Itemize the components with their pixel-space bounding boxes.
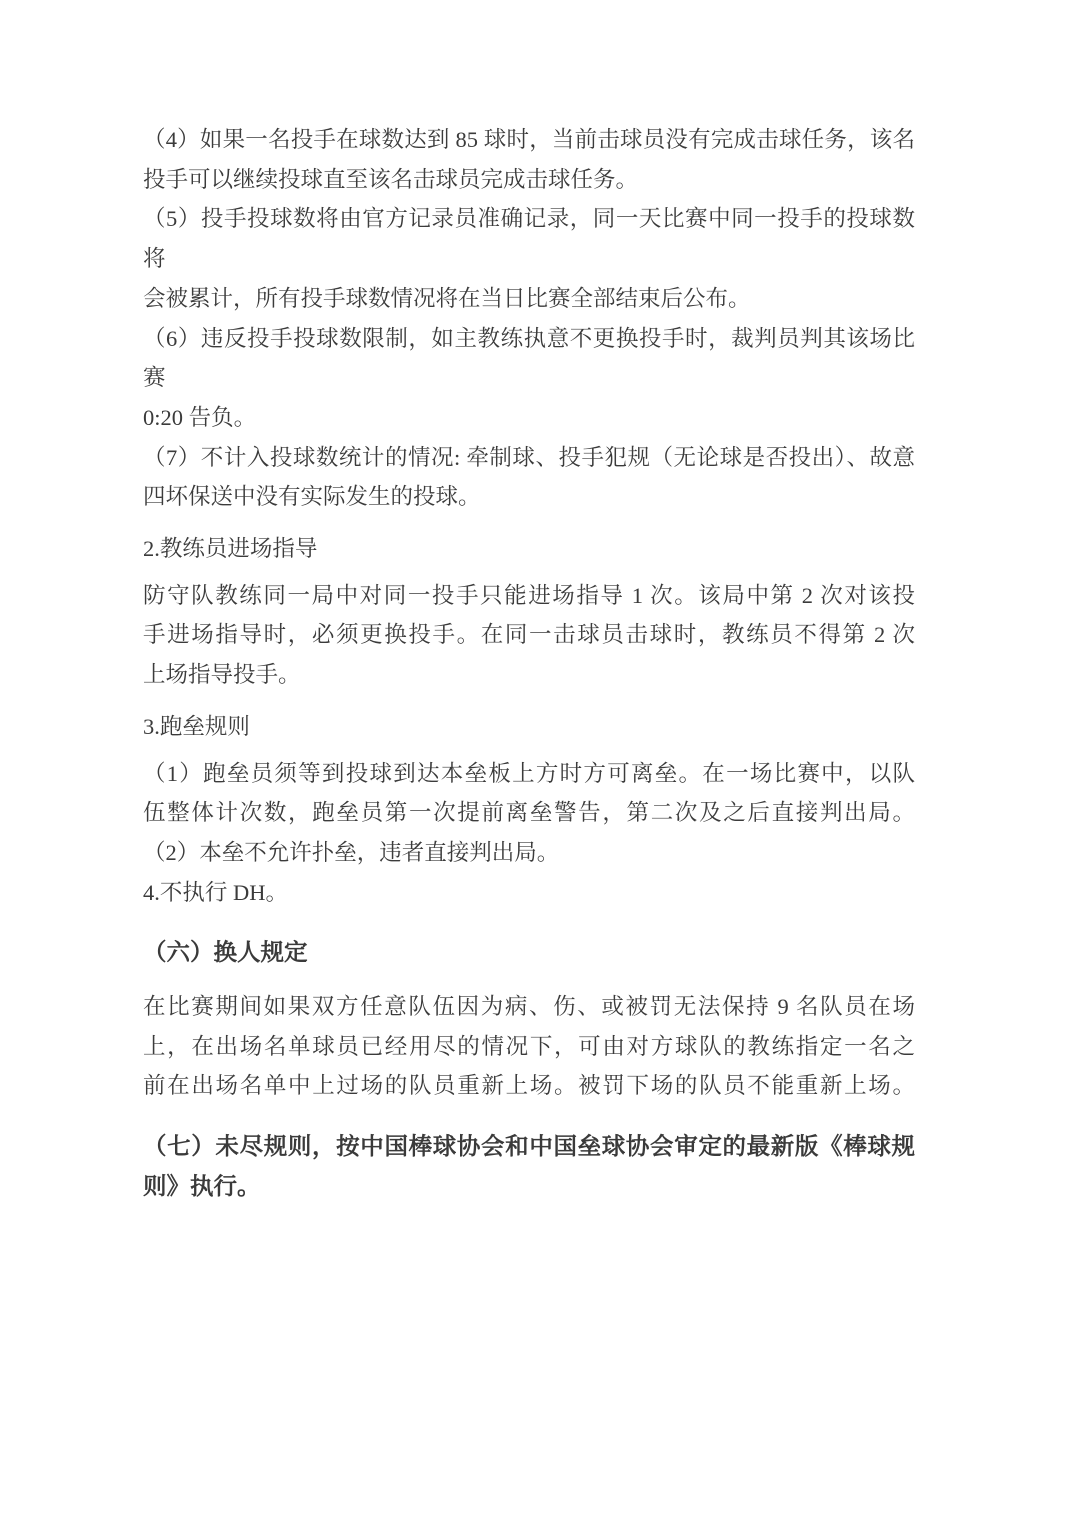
section-heading-6: （六）换人规定 bbox=[143, 933, 915, 973]
text-line: 伍整体计次数，跑垒员第一次提前离垒警告，第二次及之后直接判出局。 bbox=[143, 793, 915, 833]
paragraph-substitution: 在比赛期间如果双方任意队伍因为病、伤、或被罚无法保持 9 名队员在场 上，在出场… bbox=[143, 987, 915, 1106]
subsection-heading-text: 3.跑垒规则 bbox=[143, 707, 915, 747]
text-line: 防守队教练同一局中对同一投手只能进场指导 1 次。该局中第 2 次对该投 bbox=[143, 576, 915, 616]
text-line: 前在出场名单中上过场的队员重新上场。被罚下场的队员不能重新上场。 bbox=[143, 1066, 915, 1106]
paragraph-coach-visit: 防守队教练同一局中对同一投手只能进场指导 1 次。该局中第 2 次对该投 手进场… bbox=[143, 576, 915, 695]
rule-item-6: （6）违反投手投球数限制，如主教练执意不更换投手时，裁判员判其该场比赛 0:20… bbox=[143, 319, 915, 438]
text-line: （2）本垒不允许扑垒，违者直接判出局。 bbox=[143, 833, 915, 873]
text-line: （5）投手投球数将由官方记录员准确记录，同一天比赛中同一投手的投球数将 bbox=[143, 199, 915, 278]
rule-baserunning-2: （2）本垒不允许扑垒，违者直接判出局。 bbox=[143, 833, 915, 873]
rule-baserunning-1: （1）跑垒员须等到投球到达本垒板上方时方可离垒。在一场比赛中，以队 伍整体计次数… bbox=[143, 754, 915, 833]
section-heading-7: （七）未尽规则，按中国棒球协会和中国垒球协会审定的最新版《棒球规 则》执行。 bbox=[143, 1127, 915, 1206]
text-line: （4）如果一名投手在球数达到 85 球时，当前击球员没有完成击球任务，该名 bbox=[143, 120, 915, 160]
text-line: 0:20 告负。 bbox=[143, 398, 915, 438]
text-line: 上场指导投手。 bbox=[143, 655, 915, 695]
text-line: 上，在出场名单球员已经用尽的情况下，可由对方球队的教练指定一名之 bbox=[143, 1027, 915, 1067]
text-line: 手进场指导时，必须更换投手。在同一击球员击球时，教练员不得第 2 次 bbox=[143, 615, 915, 655]
subsection-heading-text: 2.教练员进场指导 bbox=[143, 529, 915, 569]
document-content: （4）如果一名投手在球数达到 85 球时，当前击球员没有完成击球任务，该名 投手… bbox=[143, 120, 915, 1207]
text-line: （6）违反投手投球数限制，如主教练执意不更换投手时，裁判员判其该场比赛 bbox=[143, 319, 915, 398]
text-line: 会被累计，所有投手球数情况将在当日比赛全部结束后公布。 bbox=[143, 279, 915, 319]
text-line: 四坏保送中没有实际发生的投球。 bbox=[143, 477, 915, 517]
rule-item-7: （7）不计入投球数统计的情况: 牵制球、投手犯规（无论球是否投出）、故意 四坏保… bbox=[143, 438, 915, 517]
rule-item-5: （5）投手投球数将由官方记录员准确记录，同一天比赛中同一投手的投球数将 会被累计… bbox=[143, 199, 915, 318]
subsection-heading-3: 3.跑垒规则 bbox=[143, 707, 915, 747]
subsection-heading-text: 4.不执行 DH。 bbox=[143, 873, 915, 913]
section-heading-text: 则》执行。 bbox=[143, 1167, 915, 1207]
rule-item-4: （4）如果一名投手在球数达到 85 球时，当前击球员没有完成击球任务，该名 投手… bbox=[143, 120, 915, 199]
text-line: 在比赛期间如果双方任意队伍因为病、伤、或被罚无法保持 9 名队员在场 bbox=[143, 987, 915, 1027]
section-heading-text: （六）换人规定 bbox=[143, 933, 915, 973]
text-line: （1）跑垒员须等到投球到达本垒板上方时方可离垒。在一场比赛中，以队 bbox=[143, 754, 915, 794]
text-line: 投手可以继续投球直至该名击球员完成击球任务。 bbox=[143, 160, 915, 200]
subsection-heading-4: 4.不执行 DH。 bbox=[143, 873, 915, 913]
subsection-heading-2: 2.教练员进场指导 bbox=[143, 529, 915, 569]
document-page: （4）如果一名投手在球数达到 85 球时，当前击球员没有完成击球任务，该名 投手… bbox=[0, 0, 1080, 1529]
section-heading-text: （七）未尽规则，按中国棒球协会和中国垒球协会审定的最新版《棒球规 bbox=[143, 1127, 915, 1167]
text-line: （7）不计入投球数统计的情况: 牵制球、投手犯规（无论球是否投出）、故意 bbox=[143, 438, 915, 478]
